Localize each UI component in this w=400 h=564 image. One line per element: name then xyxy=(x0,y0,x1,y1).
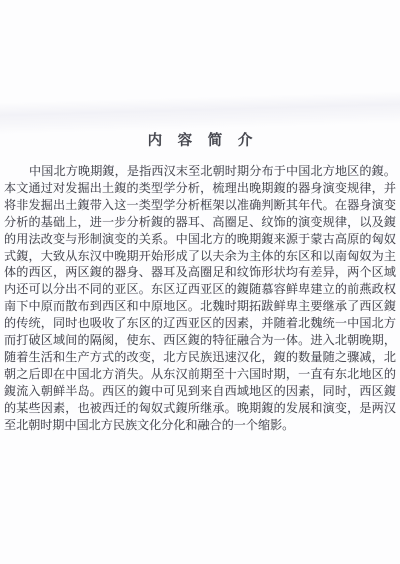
text-line: 将非发掘出土鍑带入这一类型学分析框架以准确判断其年代。在器身演变 xyxy=(4,197,396,214)
book-page: 内 容 简 介 中国北方晚期鍑，是指西汉末至北朝时期分布于中国北方地区的鍑。本文… xyxy=(0,0,400,564)
text-line: 的传统，同时也吸收了东区的辽西亚区的因素，并随着北魏统一中国北方 xyxy=(4,315,396,332)
scan-shadow-band xyxy=(0,91,400,135)
page-title: 内 容 简 介 xyxy=(0,133,400,150)
text-line: 体的西区，两区鍑的器身、器耳及高圈足和纹饰形状均有差异，两个区域 xyxy=(4,264,396,281)
text-line: 的某些因素，也被西迁的匈奴式鍑所继承。晚期鍑的发展和演变，是两汉 xyxy=(4,400,396,417)
text-line: 而打破区域间的隔阂，使东、西区鍑的特征融合为一体。进入北朝晚期， xyxy=(4,332,396,349)
text-line: 南下中原而散布到西区和中原地区。北魏时期拓跋鲜卑主要继承了西区鍑 xyxy=(4,298,396,315)
text-line: 本文通过对发掘出土鍑的类型学分析，梳理出晚期鍑的器身演变规律，并 xyxy=(4,180,396,197)
text-line: 鍑流入朝鲜半岛。西区的鍑中可见到来自西域地区的因素，同时，西区鍑 xyxy=(4,383,396,400)
text-line: 式鍑，大致从东汉中晚期开始形成了以夫余为主体的东区和以南匈奴为主 xyxy=(4,248,396,265)
text-line: 中国北方晚期鍑，是指西汉末至北朝时期分布于中国北方地区的鍑。 xyxy=(4,163,396,180)
text-line: 的用法改变与形制演变的关系。中国北方的晚期鍑来源于蒙古高原的匈奴 xyxy=(4,231,396,248)
text-line: 分析的基础上，进一步分析鍑的器耳、高圈足、纹饰的演变规律，以及鍑 xyxy=(4,214,396,231)
text-line: 随着生活和生产方式的改变，北方民族迅速汉化，鍑的数量随之骤减，北 xyxy=(4,349,396,366)
text-line: 朝之后即在中国北方消失。从东汉前期至十六国时期，一直有东北地区的 xyxy=(4,366,396,383)
text-line: 至北朝时期中国北方民族文化分化和融合的一个缩影。 xyxy=(4,417,396,434)
synopsis-paragraph: 中国北方晚期鍑，是指西汉末至北朝时期分布于中国北方地区的鍑。本文通过对发掘出土鍑… xyxy=(4,163,396,434)
scanned-book-page: { "page": { "title": "内 容 简 介", "paragra… xyxy=(0,0,400,564)
text-line: 内还可以分出不同的亚区。东区辽西亚区的鍑随慕容鲜卑建立的前燕政权 xyxy=(4,281,396,298)
